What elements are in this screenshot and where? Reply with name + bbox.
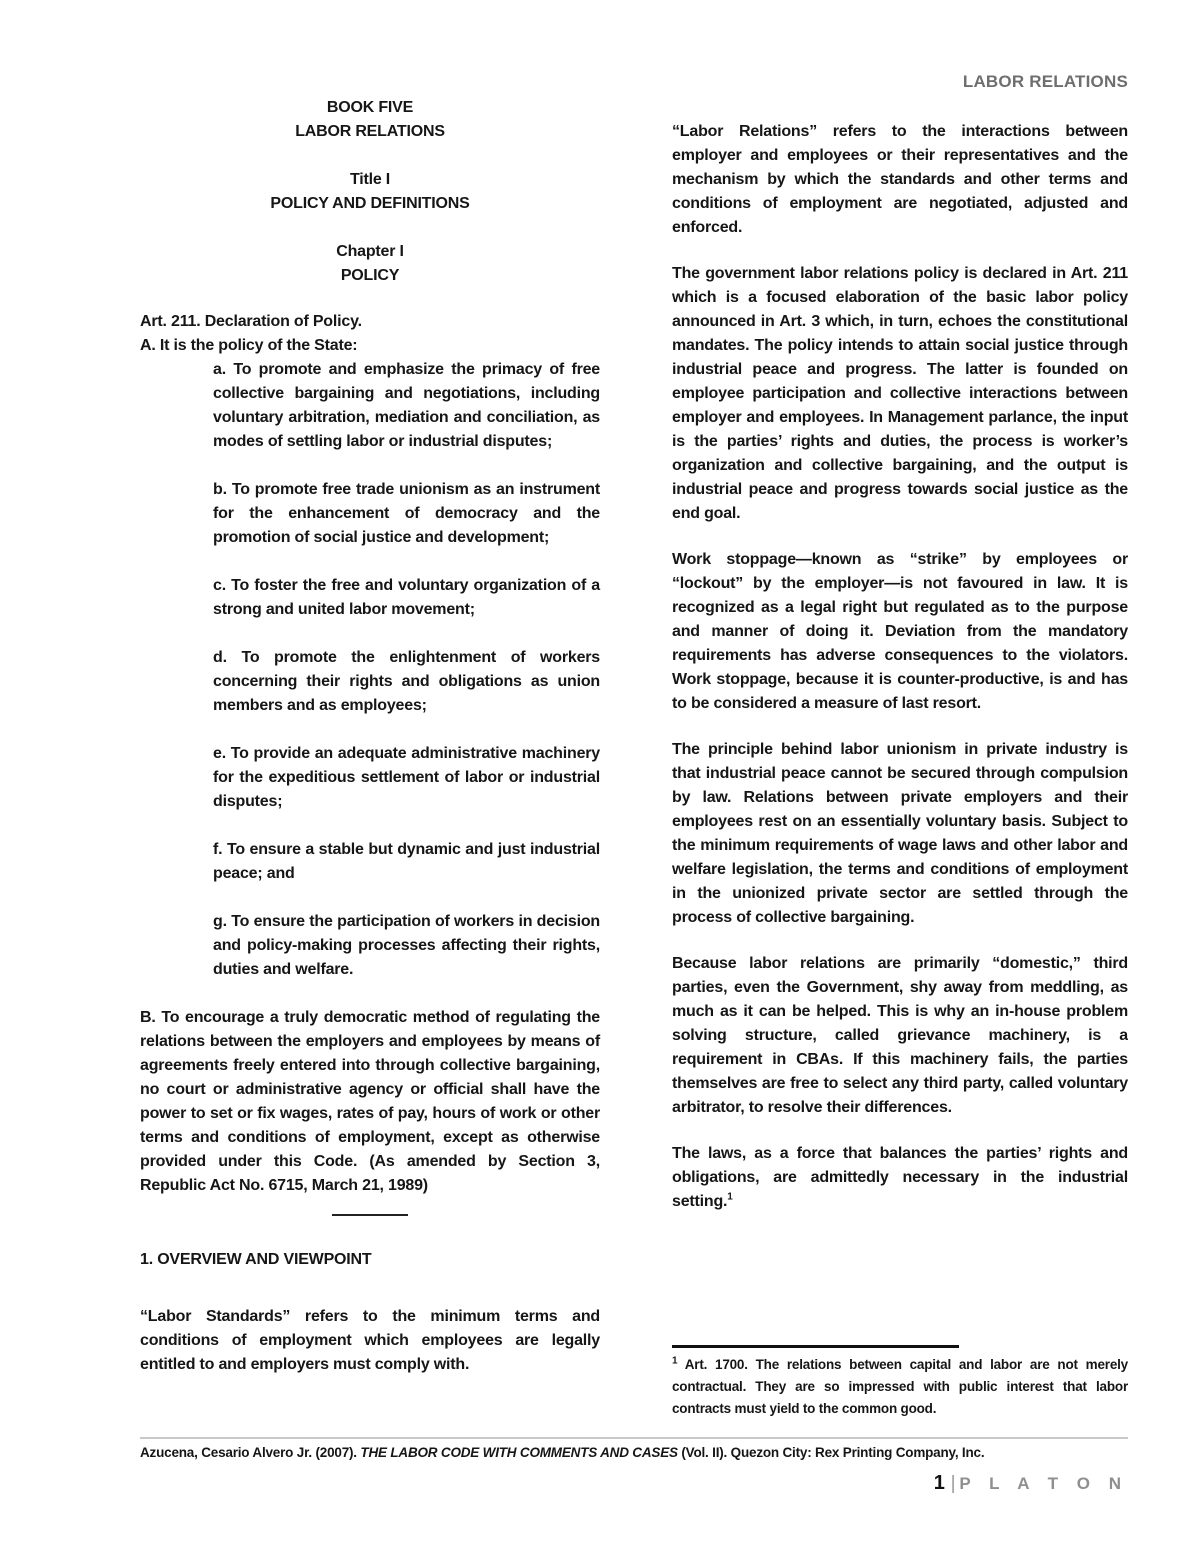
article-title: Art. 211. Declaration of Policy. [140, 310, 600, 334]
page-footer: Azucena, Cesario Alvero Jr. (2007). THE … [140, 1437, 1128, 1494]
title-number: Title I [140, 168, 600, 192]
book-number: BOOK FIVE [140, 96, 600, 120]
policy-item-g: g. To ensure the participation of worker… [213, 910, 600, 982]
document-page: LABOR RELATIONS BOOK FIVE LABOR RELATION… [0, 0, 1200, 1553]
citation-author: Azucena, Cesario Alvero Jr. (2007). [140, 1445, 360, 1460]
chapter-name: POLICY [140, 264, 600, 288]
labor-unionism-paragraph: The principle behind labor unionism in p… [672, 738, 1128, 930]
footnote-block: 1 Art. 1700. The relations between capit… [672, 1345, 1128, 1420]
policy-item-f: f. To ensure a stable but dynamic and ju… [213, 838, 600, 886]
policy-paragraph-b: B. To encourage a truly democratic metho… [140, 1006, 600, 1198]
chapter-heading: Chapter I POLICY [140, 240, 600, 288]
page-number: 1 [934, 1472, 945, 1494]
running-header-title: LABOR RELATIONS [140, 70, 1128, 94]
government-policy-paragraph: The government labor relations policy is… [672, 262, 1128, 526]
author-page-label: P L A T O N [959, 1474, 1128, 1493]
policy-item-b: b. To promote free trade unionism as an … [213, 478, 600, 550]
section-divider [332, 1214, 408, 1216]
footnote-separator [672, 1345, 959, 1348]
footnote-text: 1 Art. 1700. The relations between capit… [672, 1354, 1128, 1420]
policy-item-list: a. To promote and emphasize the primacy … [140, 358, 600, 982]
right-column: “Labor Relations” refers to the interact… [672, 120, 1128, 1437]
left-column: BOOK FIVE LABOR RELATIONS Title I POLICY… [140, 96, 600, 1437]
book-title: LABOR RELATIONS [140, 120, 600, 144]
laws-balance-text: The laws, as a force that balances the p… [672, 1145, 1128, 1210]
policy-item-e: e. To provide an adequate administrative… [213, 742, 600, 814]
policy-intro: A. It is the policy of the State: [140, 334, 600, 358]
laws-balance-paragraph: The laws, as a force that balances the p… [672, 1142, 1128, 1214]
title-heading: Title I POLICY AND DEFINITIONS [140, 168, 600, 216]
footnote-body: Art. 1700. The relations between capital… [672, 1357, 1128, 1416]
title-name: POLICY AND DEFINITIONS [140, 192, 600, 216]
source-citation: Azucena, Cesario Alvero Jr. (2007). THE … [140, 1444, 1128, 1462]
policy-item-c: c. To foster the free and voluntary orga… [213, 574, 600, 622]
page-number-separator: | [951, 1473, 956, 1494]
overview-section-heading: 1. OVERVIEW AND VIEWPOINT [140, 1248, 600, 1272]
policy-item-a: a. To promote and emphasize the primacy … [213, 358, 600, 454]
page-number-row: 1|P L A T O N [140, 1474, 1128, 1494]
work-stoppage-paragraph: Work stoppage—known as “strike” by emplo… [672, 548, 1128, 716]
citation-book-title: THE LABOR CODE WITH COMMENTS AND CASES [360, 1445, 677, 1460]
footnote-marker: 1 [672, 1356, 677, 1367]
labor-relations-definition-paragraph: “Labor Relations” refers to the interact… [672, 120, 1128, 240]
chapter-number: Chapter I [140, 240, 600, 264]
two-column-layout: BOOK FIVE LABOR RELATIONS Title I POLICY… [140, 96, 1128, 1437]
labor-standards-paragraph: “Labor Standards” refers to the minimum … [140, 1305, 600, 1377]
footnote-reference: 1 [727, 1192, 732, 1203]
citation-publisher: (Vol. II). Quezon City: Rex Printing Com… [678, 1445, 985, 1460]
policy-item-d: d. To promote the enlightenment of worke… [213, 646, 600, 718]
book-heading: BOOK FIVE LABOR RELATIONS [140, 96, 600, 144]
domestic-relations-paragraph: Because labor relations are primarily “d… [672, 952, 1128, 1120]
